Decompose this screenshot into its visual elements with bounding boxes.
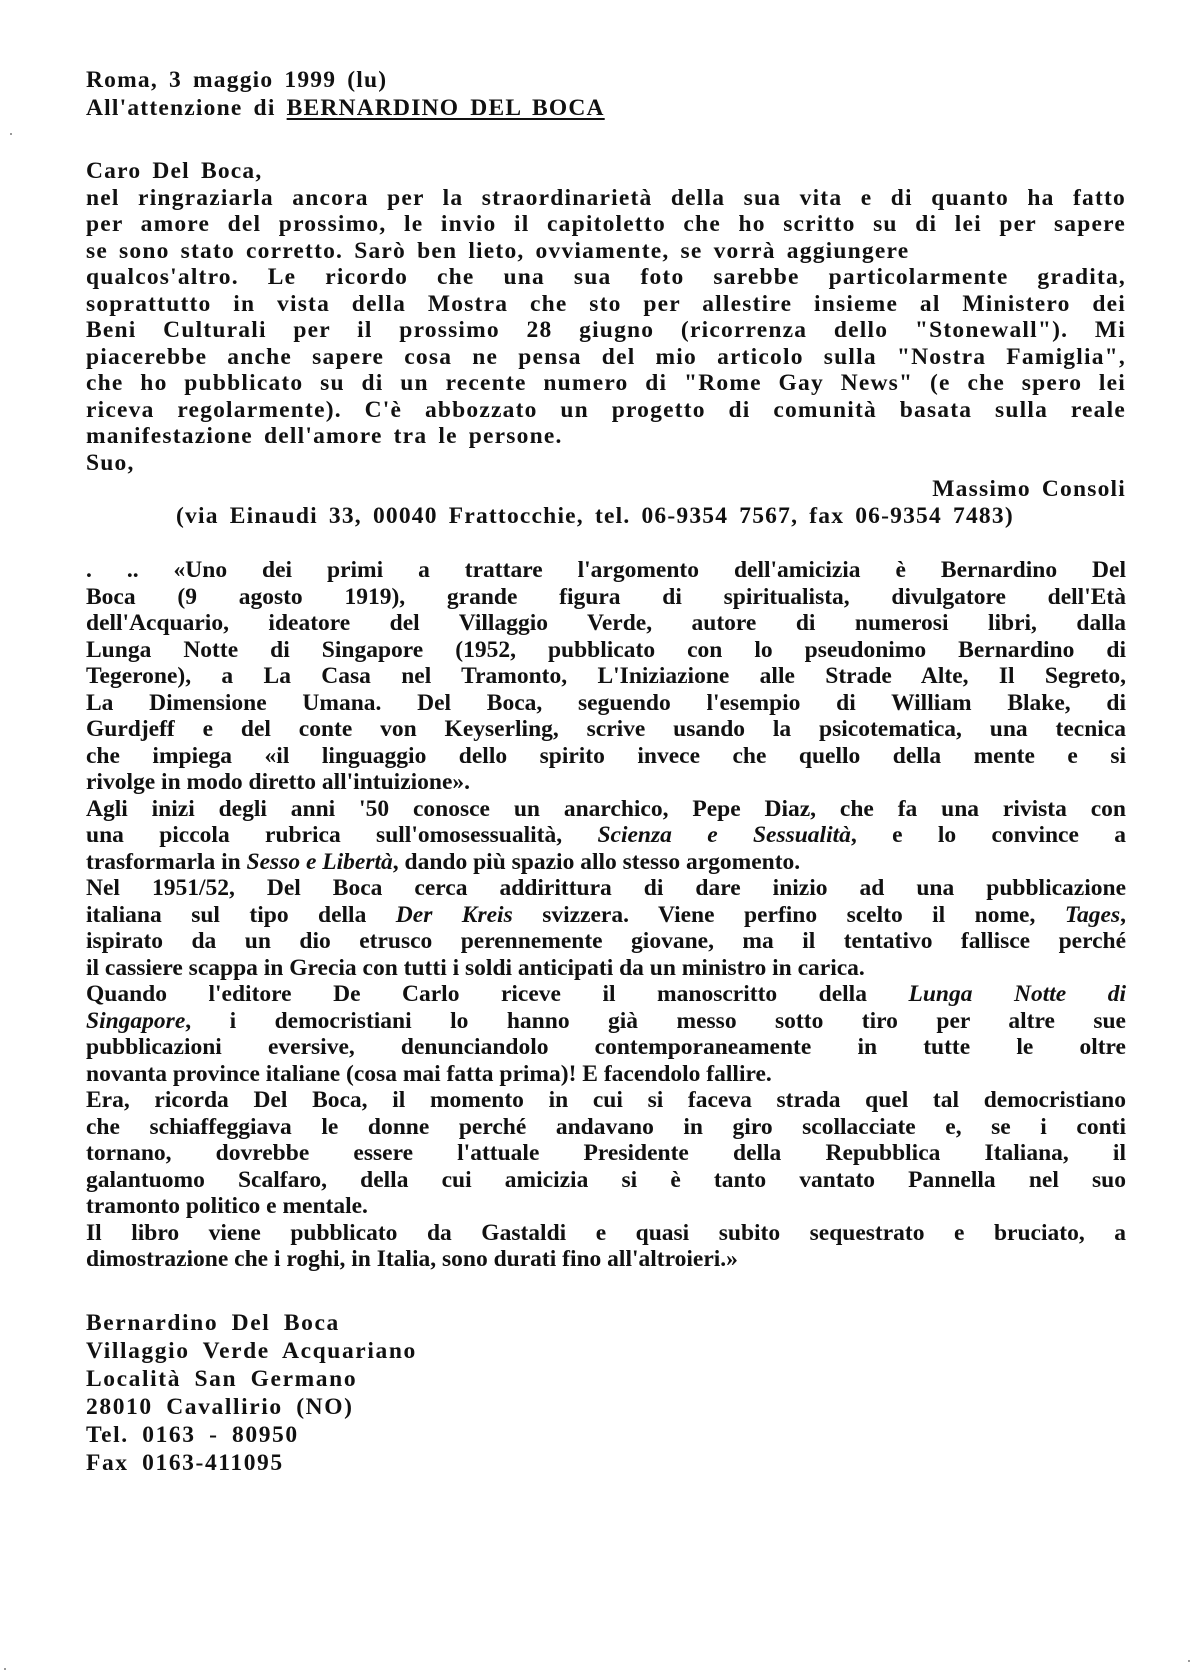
excerpt-line: Lunga Notte di Singapore (1952, pubblica… [86,637,1126,664]
scan-speck [1188,1660,1190,1662]
scan-speck [4,1668,6,1670]
excerpt-line: pubblicazioni eversive, denunciandolo co… [86,1034,1126,1061]
letter-paragraph: nel ringraziarla ancora per la straordin… [86,185,1126,450]
excerpt-line: tramonto politico e mentale. [86,1193,1126,1220]
letter-body: Caro Del Boca, nel ringraziarla ancora p… [86,158,1126,529]
date-line: Roma, 3 maggio 1999 (lu) [86,66,1126,94]
excerpt-line: una piccola rubrica sull'omosessualità, … [86,822,1126,849]
letter-header: Roma, 3 maggio 1999 (lu) All'attenzione … [86,66,1126,122]
letter-line: qualcos'altro. Le ricordo che una sua fo… [86,264,1126,291]
signer-name: Massimo Consoli [86,476,1126,503]
excerpt-line: rivolge in modo diretto all'intuizione». [86,769,1126,796]
letter-page: Roma, 3 maggio 1999 (lu) All'attenzione … [86,66,1126,1477]
address-line: Fax 0163-411095 [86,1449,1126,1477]
signer-address: (via Einaudi 33, 00040 Frattocchie, tel.… [86,503,1126,530]
attention-line: All'attenzione di BERNARDINO DEL BOCA [86,94,1126,122]
letter-line: per amore del prossimo, le invio il capi… [86,211,1126,238]
letter-line: Beni Culturali per il prossimo 28 giugno… [86,317,1126,344]
excerpt-paragraph: Agli inizi degli anni '50 conosce un ana… [86,796,1126,876]
letter-line: nel ringraziarla ancora per la straordin… [86,185,1126,212]
excerpt-line: Agli inizi degli anni '50 conosce un ana… [86,796,1126,823]
salutation: Caro Del Boca, [86,158,1126,185]
address-line: Villaggio Verde Acquariano [86,1337,1126,1365]
address-line: Bernardino Del Boca [86,1309,1126,1337]
excerpt-line: che impiega «il linguaggio dello spirito… [86,743,1126,770]
excerpt-line: novanta province italiane (cosa mai fatt… [86,1061,1126,1088]
closing: Suo, [86,450,1126,477]
letter-line: se sono stato corretto. Sarò ben lieto, … [86,238,1126,265]
excerpt-line: Era, ricorda Del Boca, il momento in cui… [86,1087,1126,1114]
excerpt-paragraph: Nel 1951/52, Del Boca cerca addirittura … [86,875,1126,981]
excerpt-paragraph: Il libro viene pubblicato da Gastaldi e … [86,1220,1126,1273]
letter-line: piacerebbe anche sapere cosa ne pensa de… [86,344,1126,371]
attention-name: BERNARDINO DEL BOCA [287,95,605,121]
excerpt-line: galantuomo Scalfaro, della cui amicizia … [86,1167,1126,1194]
excerpt-paragraph: Era, ricorda Del Boca, il momento in cui… [86,1087,1126,1220]
excerpt-line: trasformarla in Sesso e Libertà, dando p… [86,849,1126,876]
excerpt-line: il cassiere scappa in Grecia con tutti i… [86,955,1126,982]
quoted-excerpt: . .. «Uno dei primi a trattare l'argomen… [86,557,1126,1273]
excerpt-line: ispirato da un dio etrusco perennemente … [86,928,1126,955]
address-line: Località San Germano [86,1365,1126,1393]
excerpt-line: italiana sul tipo della Der Kreis svizze… [86,902,1126,929]
excerpt-line: . .. «Uno dei primi a trattare l'argomen… [86,557,1126,584]
letter-line: manifestazione dell'amore tra le persone… [86,423,1126,450]
excerpt-line: dell'Acquario, ideatore del Villaggio Ve… [86,610,1126,637]
excerpt-line: Il libro viene pubblicato da Gastaldi e … [86,1220,1126,1247]
excerpt-line: Gurdjeff e del conte von Keyserling, scr… [86,716,1126,743]
address-line: 28010 Cavallirio (NO) [86,1393,1126,1421]
letter-line: soprattutto in vista della Mostra che st… [86,291,1126,318]
excerpt-line: Nel 1951/52, Del Boca cerca addirittura … [86,875,1126,902]
excerpt-line: che schiaffeggiava le donne perché andav… [86,1114,1126,1141]
scan-speck [10,133,12,135]
excerpt-paragraph: . .. «Uno dei primi a trattare l'argomen… [86,557,1126,796]
excerpt-line: dimostrazione che i roghi, in Italia, so… [86,1246,1126,1273]
recipient-address-block: Bernardino Del BocaVillaggio Verde Acqua… [86,1309,1126,1477]
letter-line: che ho pubblicato su di un recente numer… [86,370,1126,397]
address-line: Tel. 0163 - 80950 [86,1421,1126,1449]
excerpt-line: tornano, dovrebbe essere l'attuale Presi… [86,1140,1126,1167]
excerpt-paragraph: Quando l'editore De Carlo riceve il mano… [86,981,1126,1087]
excerpt-line: Quando l'editore De Carlo riceve il mano… [86,981,1126,1008]
excerpt-line: Tegerone), a La Casa nel Tramonto, L'Ini… [86,663,1126,690]
attention-prefix: All'attenzione di [86,95,287,121]
excerpt-line: Singapore, i democristiani lo hanno già … [86,1008,1126,1035]
letter-line: riceva regolarmente). C'è abbozzato un p… [86,397,1126,424]
excerpt-line: La Dimensione Umana. Del Boca, seguendo … [86,690,1126,717]
excerpt-line: Boca (9 agosto 1919), grande figura di s… [86,584,1126,611]
